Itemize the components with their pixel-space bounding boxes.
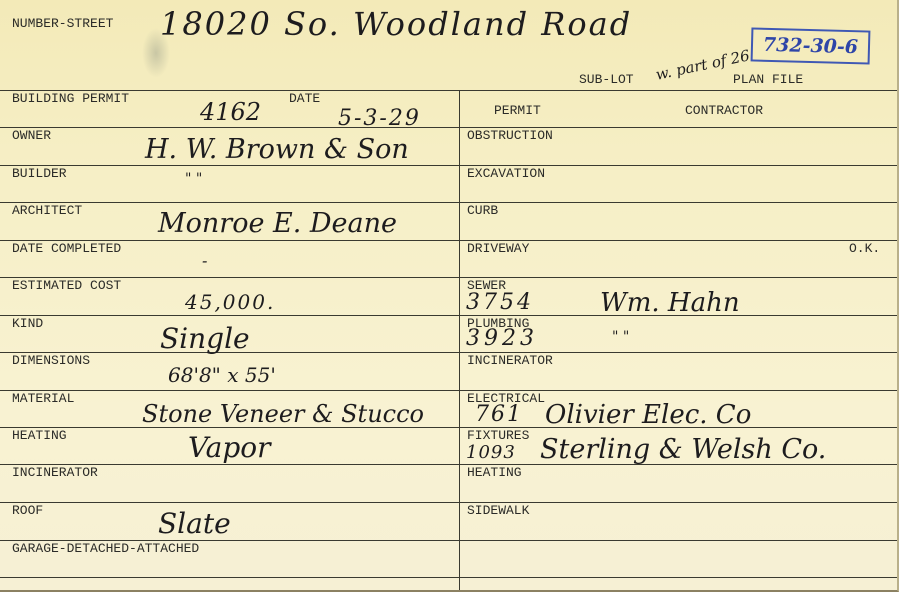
building-permit-value: 4162: [200, 100, 261, 124]
column-divider: [459, 90, 460, 590]
date-label: DATE: [289, 92, 320, 106]
rule: [0, 352, 899, 353]
rule: [0, 90, 899, 91]
sewer-contractor-value: Wm. Hahn: [600, 290, 740, 316]
rule: [0, 202, 899, 203]
heating-value: Vapor: [188, 434, 271, 462]
permit-column-header: PERMIT: [494, 104, 541, 118]
roof-value: Slate: [158, 510, 231, 538]
owner-label: OWNER: [12, 129, 51, 143]
dimensions-label: DIMENSIONS: [12, 354, 90, 368]
builder-label: BUILDER: [12, 167, 67, 181]
plumbing-contractor-value: " ": [612, 330, 629, 344]
rule: [0, 127, 899, 128]
electrical-contractor-value: Olivier Elec. Co: [545, 402, 751, 428]
rule: [0, 390, 899, 391]
building-permit-label: BUILDING PERMIT: [12, 92, 129, 106]
number-street-value: 18020 So. Woodland Road: [160, 8, 632, 40]
contractor-column-header: CONTRACTOR: [685, 104, 763, 118]
rule: [0, 502, 899, 503]
date-completed-label: DATE COMPLETED: [12, 242, 121, 256]
electrical-permit-value: 761: [475, 404, 523, 426]
fixtures-permit-value: 1093: [466, 444, 516, 462]
owner-value: H. W. Brown & Son: [145, 136, 409, 163]
curb-label: CURB: [467, 204, 498, 218]
fixtures-contractor-value: Sterling & Welsh Co.: [540, 436, 826, 463]
heating-permit-label: HEATING: [467, 466, 522, 480]
excavation-label: EXCAVATION: [467, 167, 545, 181]
kind-label: KIND: [12, 317, 43, 331]
heating-label: HEATING: [12, 429, 67, 443]
incinerator-label: INCINERATOR: [12, 466, 98, 480]
sidewalk-label: SIDEWALK: [467, 504, 529, 518]
kind-value: Single: [160, 325, 250, 353]
architect-label: ARCHITECT: [12, 204, 82, 218]
material-value: Stone Veneer & Stucco: [142, 402, 424, 426]
plan-file-label: PLAN FILE: [733, 73, 803, 87]
driveway-label: DRIVEWAY: [467, 242, 529, 256]
rule: [459, 540, 899, 541]
garage-label: GARAGE-DETACHED-ATTACHED: [12, 542, 199, 556]
dimensions-value: 68'8" x 55': [168, 365, 276, 385]
date-completed-value: -: [202, 253, 207, 269]
plumbing-permit-value: 3923: [466, 328, 538, 350]
sub-lot-label: SUB-LOT: [579, 73, 634, 87]
rule: [0, 277, 899, 278]
obstruction-label: OBSTRUCTION: [467, 129, 553, 143]
rule: [0, 315, 899, 316]
incinerator-permit-label: INCINERATOR: [467, 354, 553, 368]
rule: [0, 165, 899, 166]
rule: [0, 577, 899, 578]
number-street-label: NUMBER-STREET: [12, 17, 113, 31]
sewer-permit-value: 3754: [466, 292, 534, 314]
estimated-cost-value: 45,000.: [185, 292, 275, 312]
fixtures-label: FIXTURES: [467, 429, 529, 443]
roof-label: ROOF: [12, 504, 43, 518]
permit-card: NUMBER-STREET 18020 So. Woodland Road 73…: [0, 0, 899, 592]
material-label: MATERIAL: [12, 392, 74, 406]
architect-value: Monroe E. Deane: [158, 210, 397, 237]
driveway-contractor-value: O.K.: [849, 242, 880, 256]
builder-value: " ": [185, 172, 202, 186]
date-value: 5-3-29: [338, 108, 421, 130]
rule: [0, 240, 899, 241]
file-number-stamp: 732-30-6: [751, 27, 871, 64]
rule: [0, 427, 899, 428]
estimated-cost-label: ESTIMATED COST: [12, 279, 121, 293]
